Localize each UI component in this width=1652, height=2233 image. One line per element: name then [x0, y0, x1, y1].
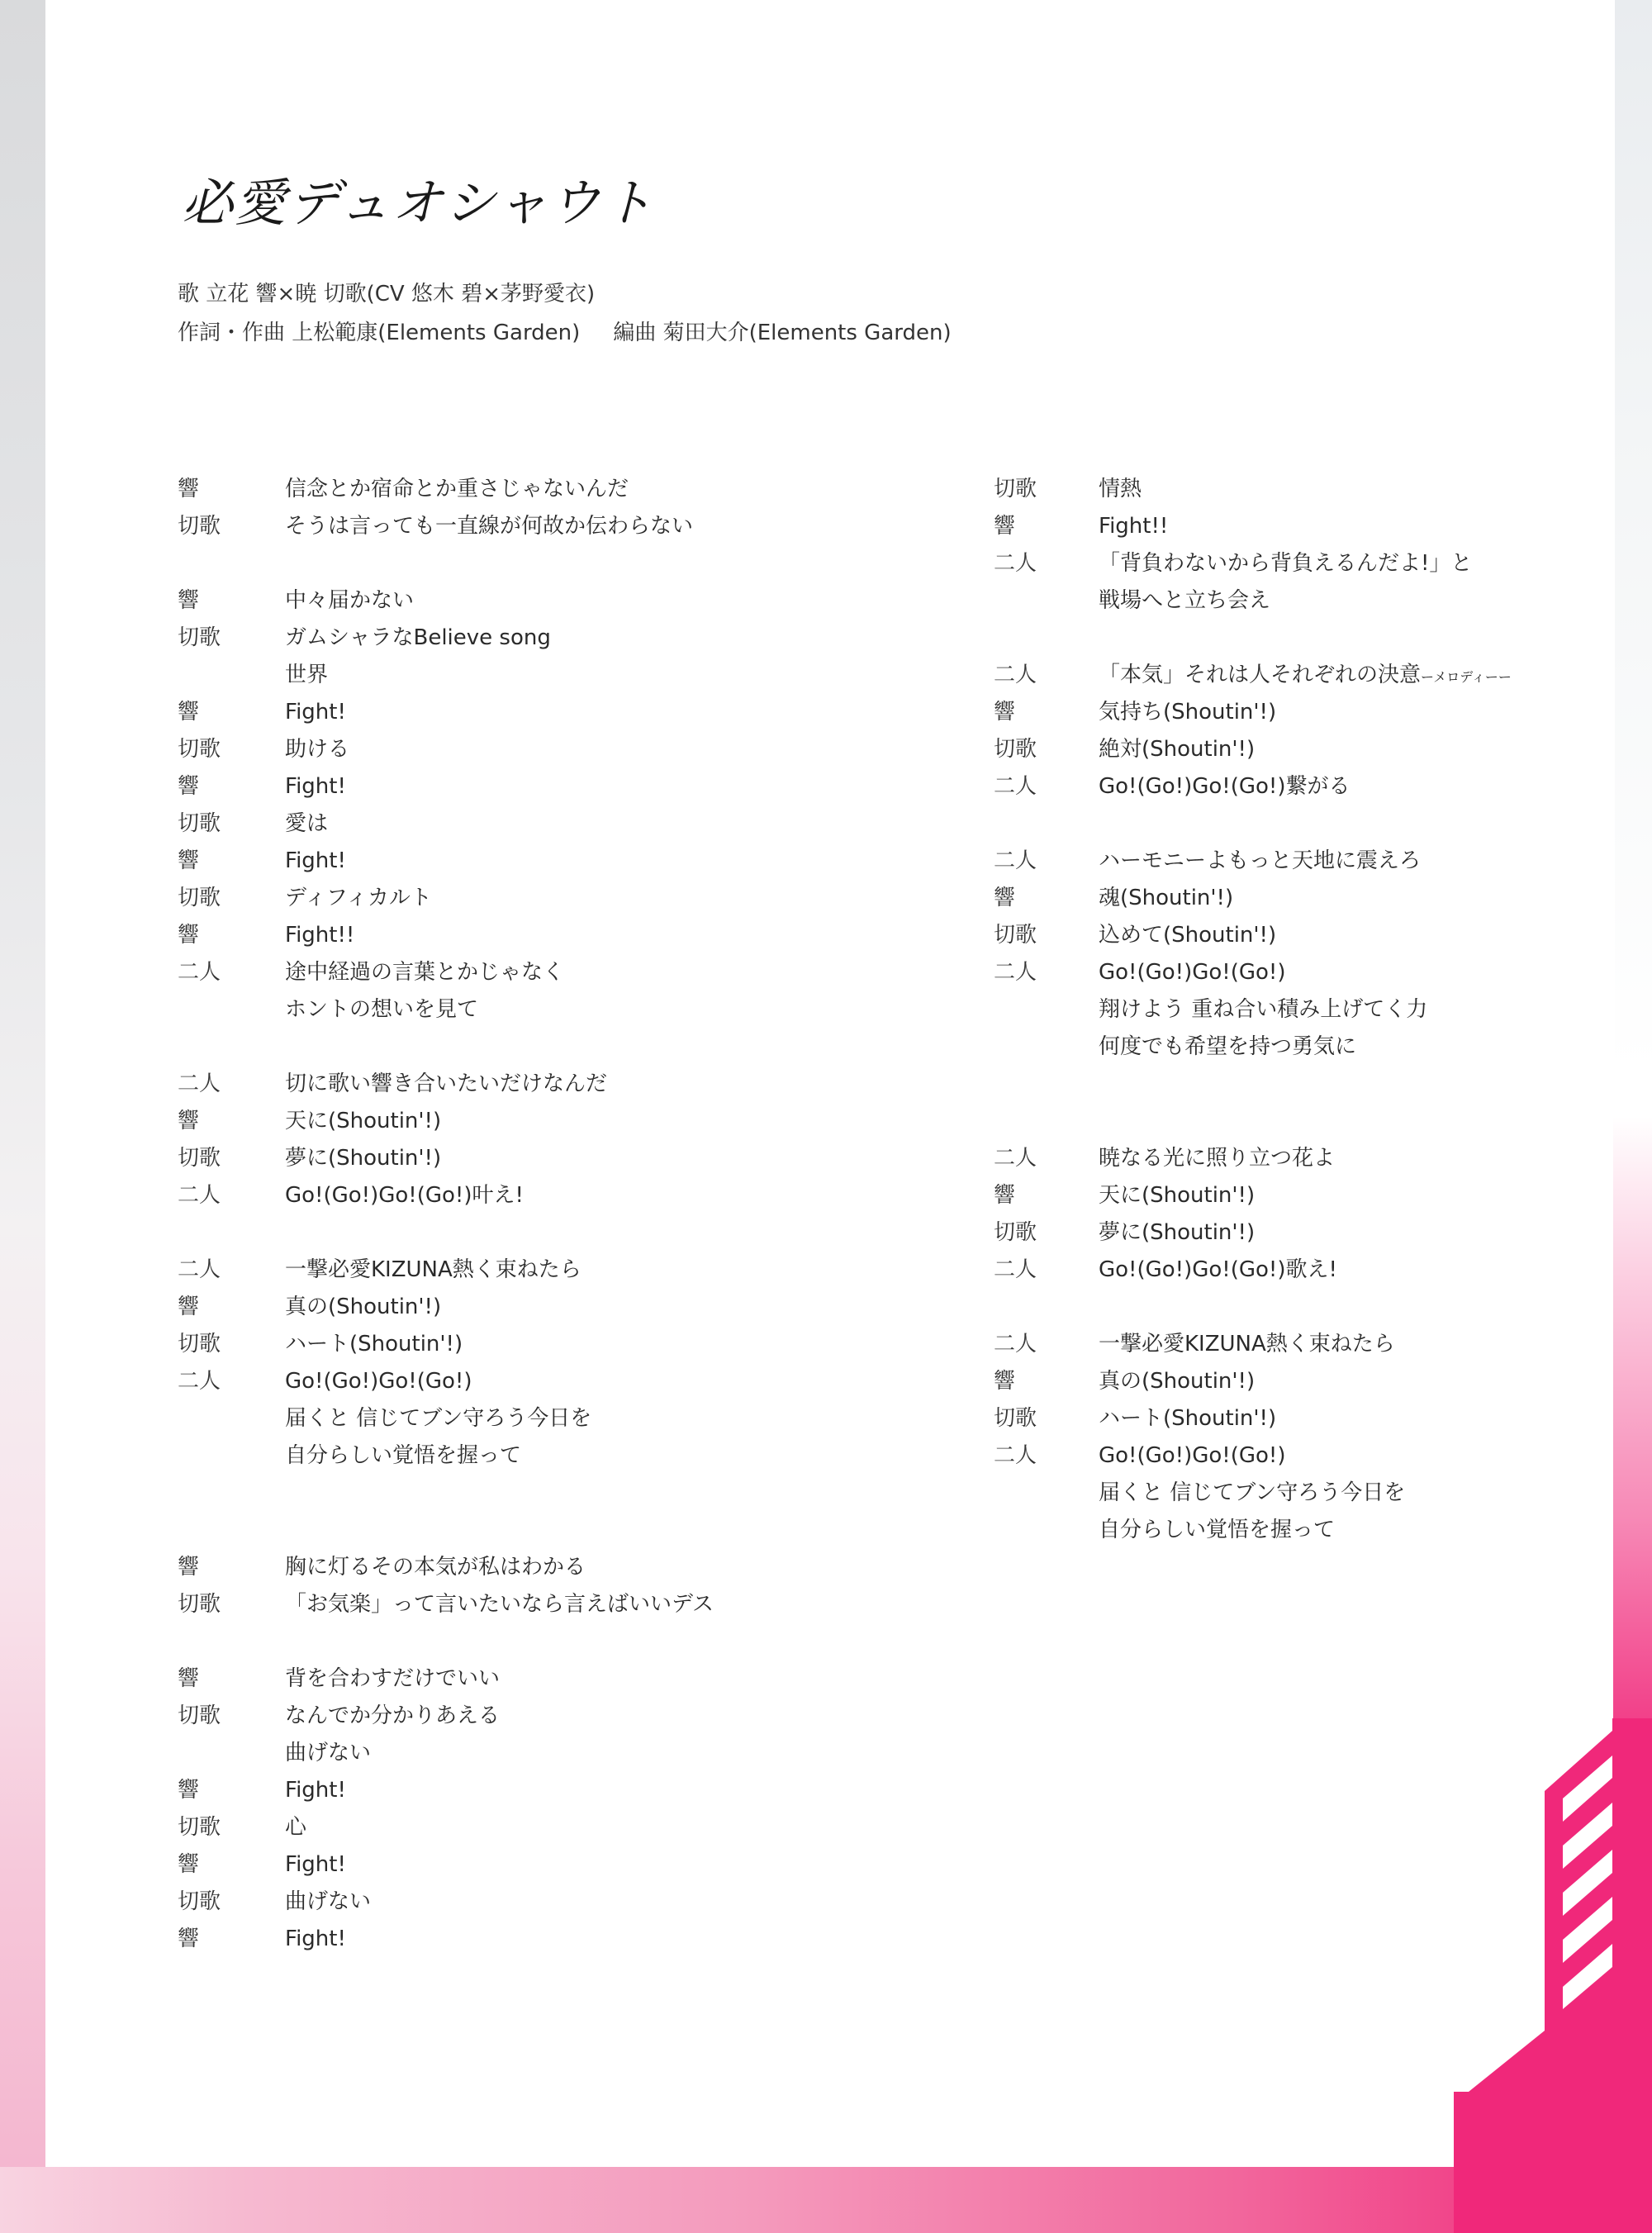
lyric-line: 自分らしい覚悟を握って: [1099, 1515, 1335, 1545]
lyric-text: 戦場へと立ち会え: [1099, 588, 1270, 613]
singer-label: 切歌: [178, 883, 221, 913]
singer-label: 切歌: [178, 1887, 221, 1917]
lyric-line: 愛は: [285, 809, 328, 839]
lyric-line: Go!(Go!)Go!(Go!)歌え!: [1099, 1255, 1337, 1285]
lyric-text: Go!(Go!)Go!(Go!)繋がる: [1099, 774, 1351, 799]
singer-label: 二人: [178, 1366, 221, 1396]
lyric-text: 魂(Shoutin'!): [1099, 886, 1233, 910]
lyric-text: 世界: [285, 663, 328, 687]
lyric-line: 曲げない: [285, 1887, 371, 1917]
lyric-line: 暁なる光に照り立つ花よ: [1099, 1143, 1335, 1173]
singer-label: 切歌: [994, 920, 1037, 950]
lyric-text: 夢に(Shoutin'!): [285, 1146, 441, 1171]
lyric-text: Go!(Go!)Go!(Go!)叶え!: [285, 1183, 524, 1208]
lyric-line: Fight!!: [1099, 511, 1168, 541]
lyric-text: Fight!: [285, 700, 346, 725]
lyric-text: 真の(Shoutin'!): [285, 1295, 441, 1319]
striped-corner-decoration: [1454, 1718, 1652, 2233]
lyric-text: ハート(Shoutin'!): [285, 1332, 463, 1356]
lyric-line: ハート(Shoutin'!): [1099, 1404, 1276, 1433]
lyric-text: Fight!: [285, 848, 346, 873]
lyric-line: 天に(Shoutin'!): [1099, 1181, 1255, 1210]
lyric-text: ガムシャラなBelieve song: [285, 625, 551, 650]
singer-label: 二人: [994, 772, 1037, 801]
lyric-line: 助ける: [285, 734, 349, 764]
singer-label: 切歌: [994, 1218, 1037, 1247]
song-title: 必愛デュオシャウト: [182, 162, 655, 235]
lyric-line: 心: [285, 1813, 306, 1842]
lyric-text: Fight!: [285, 774, 346, 799]
lyric-line: 「本気」それは人それぞれの決意ーメロディーー: [1099, 660, 1512, 692]
lyric-line: Go!(Go!)Go!(Go!): [1099, 1441, 1285, 1470]
lyric-line: 信念とか宿命とか重さじゃないんだ: [285, 474, 629, 504]
singer-label: 響: [994, 1366, 1015, 1396]
lyric-line: ホントの想いを見て: [285, 995, 478, 1024]
lyric-line: ハート(Shoutin'!): [285, 1329, 463, 1359]
singer-label: 響: [178, 1850, 199, 1879]
singer-label: 二人: [994, 660, 1037, 690]
lyric-text: 中々届かない: [285, 588, 414, 613]
lyric-text: 切に歌い響き合いたいだけなんだ: [285, 1071, 607, 1096]
lyric-line: Fight!!: [285, 920, 354, 950]
lyric-text: 気持ち(Shoutin'!): [1099, 700, 1276, 725]
singer-label: 響: [178, 697, 199, 727]
lyric-line: 何度でも希望を持つ勇気に: [1099, 1032, 1356, 1062]
lyric-line: 「背負わないから背負えるんだよ!」と: [1099, 549, 1472, 578]
lyric-text: 真の(Shoutin'!): [1099, 1369, 1255, 1394]
lyric-text: 届くと 信じてブン守ろう今日を: [285, 1406, 591, 1431]
singer-label: 二人: [994, 549, 1037, 578]
bottom-pink-band: [0, 2167, 1652, 2233]
lyric-line: 夢に(Shoutin'!): [1099, 1218, 1255, 1247]
lyric-text: 曲げない: [285, 1741, 371, 1765]
lyric-line: 翔けよう 重ね合い積み上げてく力: [1099, 995, 1427, 1024]
lyric-text: 背を合わすだけでいい: [285, 1666, 500, 1691]
lyric-text: 信念とか宿命とか重さじゃないんだ: [285, 477, 629, 501]
arrangement-credit: 編曲 菊田大介(Elements Garden): [613, 321, 951, 345]
singer-label: 響: [178, 1292, 199, 1322]
lyric-line: 届くと 信じてブン守ろう今日を: [285, 1404, 591, 1433]
staff-credit: 作詞・作曲 上松範康(Elements Garden)編曲 菊田大介(Eleme…: [178, 316, 952, 346]
singer-label: 響: [178, 474, 199, 504]
lyrics-composition-credit: 作詞・作曲 上松範康(Elements Garden): [178, 321, 580, 345]
lyric-line: 情熱: [1099, 474, 1142, 504]
lyric-text: Go!(Go!)Go!(Go!)歌え!: [1099, 1257, 1337, 1282]
singer-label: 二人: [994, 1255, 1037, 1285]
lyric-text: 曲げない: [285, 1889, 371, 1914]
singer-label: 二人: [994, 1441, 1037, 1470]
lyric-line: そうは言っても一直線が何故か伝わらない: [285, 511, 693, 541]
lyric-line: 世界: [285, 660, 328, 690]
lyric-text: 胸に灯るその本気が私はわかる: [285, 1555, 586, 1580]
singer-label: 響: [178, 586, 199, 615]
lyric-line: 自分らしい覚悟を握って: [285, 1441, 521, 1470]
lyric-line: Fight!: [285, 1775, 346, 1805]
lyric-text: 夢に(Shoutin'!): [1099, 1220, 1255, 1245]
lyric-text: 愛は: [285, 811, 328, 836]
lyric-text: 情熱: [1099, 477, 1142, 501]
lyric-line: 天に(Shoutin'!): [285, 1106, 441, 1136]
singer-label: 二人: [994, 1143, 1037, 1173]
lyric-text: 助ける: [285, 737, 349, 762]
lyric-text: 一撃必愛KIZUNA熱く束ねたら: [1099, 1332, 1395, 1356]
singer-label: 響: [178, 920, 199, 950]
singer-label: 切歌: [178, 1329, 221, 1359]
lyric-line: 胸に灯るその本気が私はわかる: [285, 1552, 586, 1582]
lyric-text: 「本気」それは人それぞれの決意: [1099, 663, 1421, 687]
lyric-line: 真の(Shoutin'!): [285, 1292, 441, 1322]
singer-label: 響: [994, 697, 1015, 727]
singer-label: 二人: [994, 846, 1037, 876]
singer-label: 響: [178, 1552, 199, 1582]
singer-label: 切歌: [994, 1404, 1037, 1433]
lyric-line: 気持ち(Shoutin'!): [1099, 697, 1276, 727]
singer-label: 響: [178, 846, 199, 876]
lyric-line: 中々届かない: [285, 586, 414, 615]
lyric-line: 戦場へと立ち会え: [1099, 586, 1270, 615]
singer-label: 響: [178, 1775, 199, 1805]
singer-label: 響: [178, 772, 199, 801]
lyric-line: Fight!: [285, 846, 346, 876]
lyric-line: Go!(Go!)Go!(Go!): [285, 1366, 472, 1396]
singer-label: 切歌: [178, 1813, 221, 1842]
lyric-text: Fight!: [285, 1927, 346, 1951]
lyric-text: 翔けよう 重ね合い積み上げてく力: [1099, 997, 1427, 1022]
lyric-text: ホントの想いを見て: [285, 997, 478, 1022]
singer-label: 響: [994, 883, 1015, 913]
lyric-text: Go!(Go!)Go!(Go!): [1099, 1443, 1285, 1468]
lyric-text: 絶対(Shoutin'!): [1099, 737, 1255, 762]
singer-label: 二人: [178, 1181, 221, 1210]
singer-label: 切歌: [994, 474, 1037, 504]
singer-label: 響: [994, 1181, 1015, 1210]
lyric-line: 切に歌い響き合いたいだけなんだ: [285, 1069, 607, 1099]
singer-label: 切歌: [178, 734, 221, 764]
lyric-line: 背を合わすだけでいい: [285, 1664, 500, 1694]
melody-annotation: ーメロディーー: [1421, 669, 1512, 685]
lyric-line: Fight!: [285, 697, 346, 727]
lyric-line: ガムシャラなBelieve song: [285, 623, 551, 653]
lyric-line: 魂(Shoutin'!): [1099, 883, 1233, 913]
singer-label: 切歌: [178, 623, 221, 653]
singer-label: 切歌: [178, 511, 221, 541]
singer-label: 響: [178, 1106, 199, 1136]
lyric-text: 自分らしい覚悟を握って: [1099, 1518, 1335, 1542]
lyric-line: 込めて(Shoutin'!): [1099, 920, 1276, 950]
lyric-line: 途中経過の言葉とかじゃなく: [285, 957, 564, 987]
lyric-text: なんでか分かりあえる: [285, 1703, 500, 1728]
lyric-text: 何度でも希望を持つ勇気に: [1099, 1034, 1356, 1059]
singer-label: 切歌: [178, 809, 221, 839]
vocal-credit: 歌 立花 響×暁 切歌(CV 悠木 碧×茅野愛衣): [178, 277, 595, 307]
singer-label: 響: [994, 511, 1015, 541]
lyric-text: 暁なる光に照り立つ花よ: [1099, 1146, 1335, 1171]
lyric-text: 一撃必愛KIZUNA熱く束ねたら: [285, 1257, 582, 1282]
lyric-text: そうは言っても一直線が何故か伝わらない: [285, 514, 693, 539]
lyric-line: Fight!: [285, 1850, 346, 1879]
left-binding-strip: [0, 0, 45, 2233]
lyric-text: 天に(Shoutin'!): [285, 1109, 441, 1133]
lyric-line: 「お気楽」って言いたいなら言えばいいデス: [285, 1589, 714, 1619]
lyric-line: 夢に(Shoutin'!): [285, 1143, 441, 1173]
singer-label: 響: [178, 1664, 199, 1694]
singer-label: 二人: [178, 1255, 221, 1285]
lyric-text: 心: [285, 1815, 306, 1840]
singer-label: 二人: [994, 1329, 1037, 1359]
lyric-line: Fight!: [285, 772, 346, 801]
lyric-text: ハート(Shoutin'!): [1099, 1406, 1276, 1431]
lyric-text: Fight!: [285, 1852, 346, 1877]
lyric-line: Fight!: [285, 1924, 346, 1954]
lyric-text: Fight!!: [285, 923, 354, 948]
lyric-text: 届くと 信じてブン守ろう今日を: [1099, 1480, 1405, 1505]
lyric-text: 込めて(Shoutin'!): [1099, 923, 1276, 948]
lyric-text: ハーモニーよもっと天地に震えろ: [1099, 848, 1421, 873]
lyric-line: 届くと 信じてブン守ろう今日を: [1099, 1478, 1405, 1508]
lyric-text: 途中経過の言葉とかじゃなく: [285, 960, 564, 985]
lyric-line: ハーモニーよもっと天地に震えろ: [1099, 846, 1421, 876]
lyric-line: 一撃必愛KIZUNA熱く束ねたら: [285, 1255, 582, 1285]
singer-label: 切歌: [178, 1701, 221, 1731]
singer-label: 二人: [178, 1069, 221, 1099]
singer-label: 二人: [994, 957, 1037, 987]
lyric-line: 一撃必愛KIZUNA熱く束ねたら: [1099, 1329, 1395, 1359]
lyric-line: Go!(Go!)Go!(Go!)繋がる: [1099, 772, 1351, 801]
lyric-text: Go!(Go!)Go!(Go!): [1099, 960, 1285, 985]
lyric-line: Go!(Go!)Go!(Go!)叶え!: [285, 1181, 524, 1210]
lyric-text: Go!(Go!)Go!(Go!): [285, 1369, 472, 1394]
singer-label: 切歌: [994, 734, 1037, 764]
lyric-line: 真の(Shoutin'!): [1099, 1366, 1255, 1396]
lyric-text: 自分らしい覚悟を握って: [285, 1443, 521, 1468]
singer-label: 切歌: [178, 1589, 221, 1619]
lyric-text: 天に(Shoutin'!): [1099, 1183, 1255, 1208]
lyric-line: Go!(Go!)Go!(Go!): [1099, 957, 1285, 987]
lyric-text: ディフィカルト: [285, 886, 432, 910]
singer-label: 二人: [178, 957, 221, 987]
singer-label: 切歌: [178, 1143, 221, 1173]
lyric-line: 絶対(Shoutin'!): [1099, 734, 1255, 764]
lyric-text: 「お気楽」って言いたいなら言えばいいデス: [285, 1592, 714, 1617]
lyric-text: Fight!: [285, 1778, 346, 1803]
singer-label: 響: [178, 1924, 199, 1954]
lyric-text: 「背負わないから背負えるんだよ!」と: [1099, 551, 1472, 576]
lyric-line: ディフィカルト: [285, 883, 432, 913]
lyric-text: Fight!!: [1099, 514, 1168, 539]
lyric-line: 曲げない: [285, 1738, 371, 1768]
lyric-line: なんでか分かりあえる: [285, 1701, 500, 1731]
